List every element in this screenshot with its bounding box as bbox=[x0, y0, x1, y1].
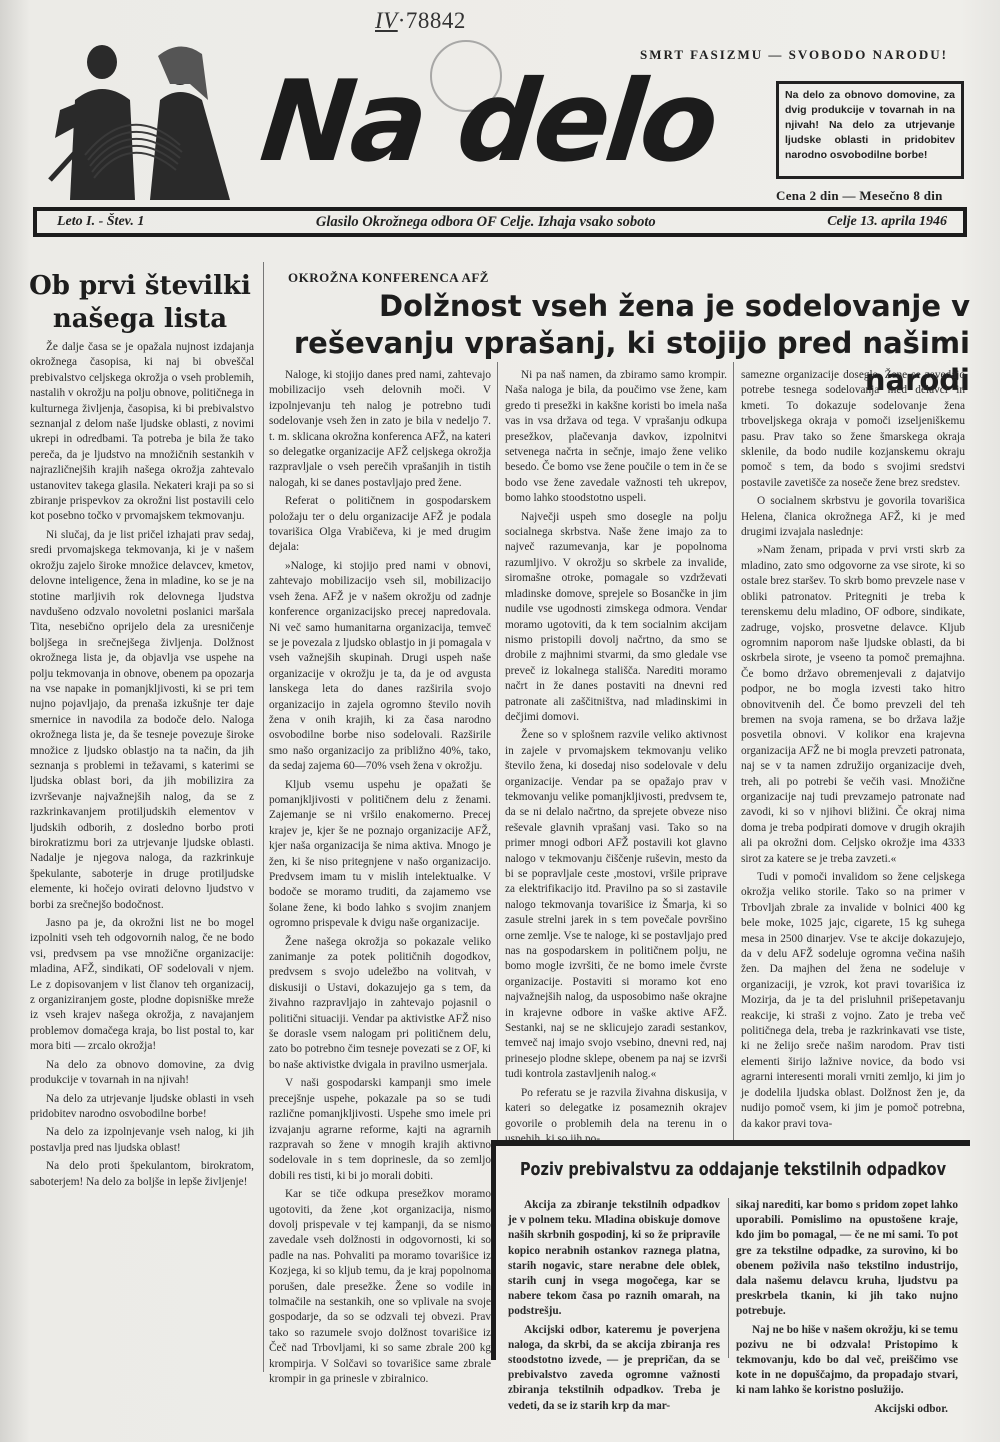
worker-peasant-illustration-icon bbox=[30, 40, 240, 202]
textile-appeal-box: Poziv prebivalstvu za oddajanje tekstiln… bbox=[491, 1140, 970, 1360]
dateline: Celje 13. aprila 1946 bbox=[827, 214, 947, 230]
afz-column-2: Ni pa naš namen, da zbiramo samo krompir… bbox=[505, 368, 727, 1150]
textile-column-1: Akcija za zbiranje tekstilnih odpadkov j… bbox=[508, 1198, 720, 1417]
column-divider bbox=[263, 262, 264, 1372]
masthead-slogan: SMRT FASIZMU — SVOBODO NARODU! bbox=[640, 47, 948, 63]
column-divider bbox=[497, 362, 498, 1140]
masthead-callout-box: Na delo za obnovo domovine, za dvig prod… bbox=[776, 81, 964, 179]
afz-kicker: OKROŽNA KONFERENCA AFŽ bbox=[288, 270, 489, 286]
textile-column-2: sikaj narediti, kar bomo s pridom zopet … bbox=[736, 1198, 958, 1417]
afz-column-1: Naloge, ki stojijo danes pred nami, zaht… bbox=[269, 368, 491, 1390]
afz-column-3: samezne organizacije dosegle. Žene se za… bbox=[741, 368, 965, 1135]
textile-signature: Akcijski odbor. bbox=[874, 1402, 948, 1417]
textile-headline: Poziv prebivalstvu za oddajanje tekstiln… bbox=[515, 1160, 951, 1180]
price-line: Cena 2 din — Mesečno 8 din bbox=[776, 188, 943, 204]
column-divider bbox=[728, 1198, 729, 1358]
editorial-headline: Ob prvi številki našega lista bbox=[20, 270, 260, 336]
issue-info-bar: Leto I. - Štev. 1 Glasilo Okrožnega odbo… bbox=[33, 207, 967, 237]
inventory-number: IV·78842 bbox=[375, 8, 466, 34]
editorial-body: Že dalje časa se je opažala nujnost izda… bbox=[30, 340, 254, 1193]
column-divider bbox=[733, 362, 734, 1140]
newspaper-page: IV·78842 Na delo SMRT FASIZMU — SVOBODO … bbox=[0, 0, 1000, 1442]
issue-number: Leto I. - Štev. 1 bbox=[57, 214, 144, 230]
masthead-title: Na delo bbox=[256, 62, 720, 182]
publication-subtitle: Glasilo Okrožnega odbora OF Celje. Izhaj… bbox=[316, 214, 656, 231]
